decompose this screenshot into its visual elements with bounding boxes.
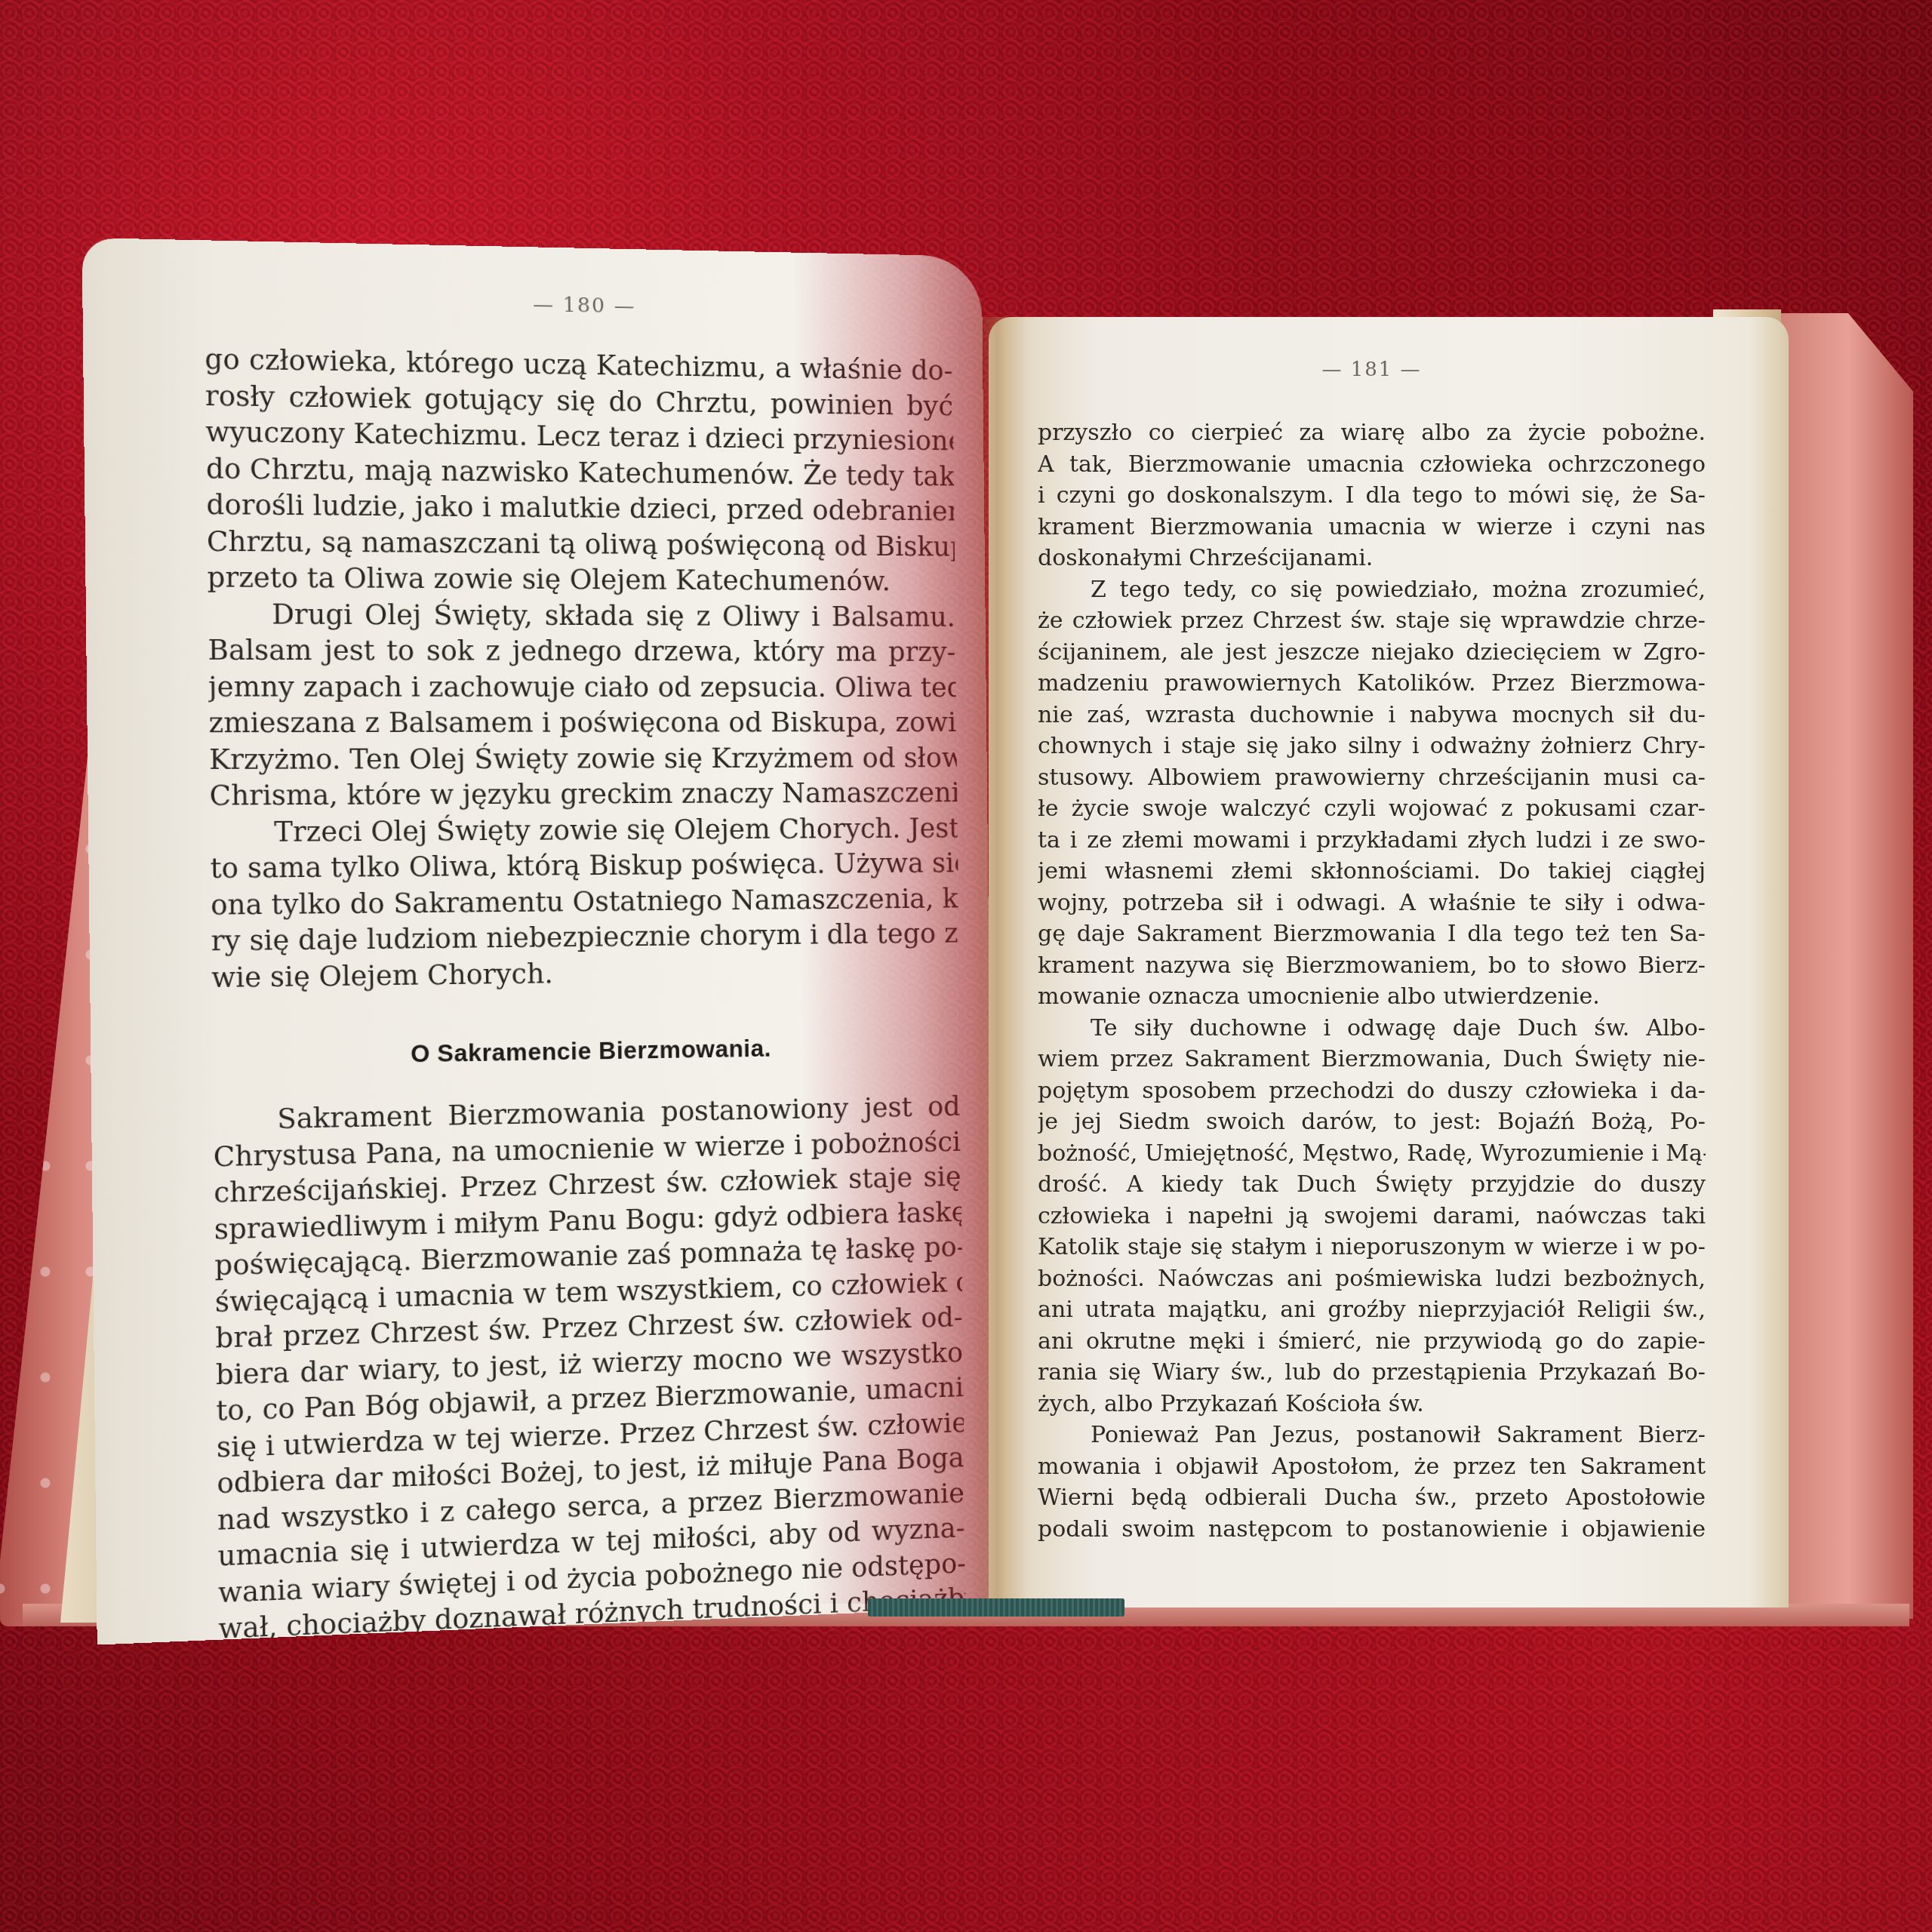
text-line: to sama tylko Oliwa, którą Biskup poświę… — [210, 846, 958, 888]
text-line: bożność, Umiejętność, Męstwo, Radę, Wyro… — [1038, 1138, 1706, 1170]
text-line: zmieszana z Balsamem i poświęcona od Bis… — [208, 706, 956, 742]
text-line: stusowy. Albowiem prawowierny chrześcija… — [1038, 762, 1706, 794]
text-line: je jej Siedm swoich darów, to jest: Boja… — [1038, 1106, 1706, 1138]
text-line: jemny zapach i zachowuje ciało od zepsuc… — [208, 669, 956, 706]
text-line: że człowiek przez Chrzest św. staje się … — [1038, 605, 1706, 637]
text-line: mowania i objawił Apostołom, że przez te… — [1038, 1451, 1706, 1483]
page-181-text: przyszło co cierpieć za wiarę albo za ży… — [1038, 417, 1706, 1545]
text-line: Wierni będą odbierali Ducha św., przeto … — [1038, 1482, 1706, 1514]
text-line: bożności. Naówczas ani pośmiewiska ludzi… — [1038, 1263, 1706, 1295]
text-line: wojny, potrzeba sił i odwagi. A właśnie … — [1038, 888, 1706, 919]
text-line: podali swoim następcom to postanowienie … — [1038, 1514, 1706, 1546]
text-line: Chrisma, które w języku greckim znaczy N… — [209, 776, 957, 814]
text-line: krament nazywa się Bierzmowaniem, bo to … — [1038, 950, 1706, 982]
text-line: i czyni go doskonalszym. I dla tego to m… — [1038, 480, 1706, 512]
text-line: przyszło co cierpieć za wiarę albo za ży… — [1038, 417, 1706, 449]
text-line: ani utrata majątku, ani groźby nieprzyja… — [1038, 1294, 1706, 1326]
text-line: żych, albo Przykazań Kościoła św. — [1038, 1389, 1706, 1420]
text-line: mowanie oznacza umocnienie albo utwierdz… — [1038, 981, 1706, 1013]
text-line: doskonałymi Chrześcijanami. — [1038, 543, 1706, 574]
text-line: A tak, Bierzmowanie umacnia człowieka oc… — [1038, 449, 1706, 481]
book-gutter — [974, 317, 1026, 1607]
text-line: Balsam jest to sok z jednego drzewa, któ… — [208, 633, 955, 671]
page-180: — 180 — go człowieka, którego uczą Katec… — [82, 238, 996, 1645]
text-line: drość. A kiedy tak Duch Święty przyjdzie… — [1038, 1169, 1706, 1201]
open-book: — 180 — go człowieka, którego uczą Katec… — [0, 0, 1932, 1932]
page-number: — 181 — — [1038, 358, 1706, 381]
text-line: jemi własnemi złemi skłonnościami. Do ta… — [1038, 856, 1706, 888]
text-line: Drugi Olej Święty, składa się z Oliwy i … — [208, 596, 955, 635]
text-line: ta i ze złemi mowami i przykładami złych… — [1038, 825, 1706, 857]
text-line: Katolik staje się stałym i nieporuszonym… — [1038, 1232, 1706, 1263]
text-line: gę daje Sakrament Bierzmowania I dla teg… — [1038, 918, 1706, 950]
text-line: Z tego tedy, co się powiedziało, można z… — [1038, 574, 1706, 606]
text-line: wiem przez Sakrament Bierzmowania, Duch … — [1038, 1044, 1706, 1075]
text-line: chownych i staje się jako silny i odważn… — [1038, 731, 1706, 762]
text-line: Chrztu, są namaszczani tą oliwą poświęco… — [207, 524, 955, 565]
text-line: Te siły duchowne i odwagę daje Duch św. … — [1038, 1013, 1706, 1044]
text-line: przeto ta Oliwa zowie się Olejem Katechu… — [207, 560, 955, 600]
text-line: dorośli ludzie, jako i malutkie dzieci, … — [206, 488, 954, 530]
page-number: — 180 — — [204, 287, 952, 324]
text-line: łe życie swoje walczyć czyli wojować z p… — [1038, 793, 1706, 825]
text-line: pojętym sposobem przechodzi do duszy czł… — [1038, 1075, 1706, 1107]
text-line: rania się Wiary św., lub do przestąpieni… — [1038, 1357, 1706, 1389]
section-heading: O Sakramencie Bierzmowania. — [212, 1032, 960, 1072]
text-line: nie zaś, wzrasta duchownie i nabywa mocn… — [1038, 700, 1706, 731]
text-line: Trzeci Olej Święty zowie się Olejem Chor… — [210, 811, 958, 851]
text-line: Ponieważ Pan Jezus, postanowił Sakrament… — [1038, 1420, 1706, 1451]
text-line: człowieka i napełni ją swojemi darami, n… — [1038, 1201, 1706, 1232]
text-line: madzeniu prawowiernych Katolików. Przez … — [1038, 668, 1706, 700]
text-line: ani okrutne męki i śmierć, nie przywiodą… — [1038, 1326, 1706, 1358]
text-line: krament Bierzmowania umacnia w wierze i … — [1038, 512, 1706, 543]
spine-cloth-binding — [868, 1598, 1124, 1617]
page-180-text: go człowieka, którego uczą Katechizmu, a… — [205, 342, 959, 996]
page-180-section-text: Sakrament Bierzmowania postanowiony jest… — [213, 1090, 966, 1648]
page-181: — 181 — przyszło co cierpieć za wiarę al… — [989, 317, 1789, 1607]
text-line: Krzyżmo. Ten Olej Święty zowie się Krzyż… — [209, 741, 957, 779]
text-line: ścijaninem, ale jest jeszcze niejako dzi… — [1038, 637, 1706, 669]
